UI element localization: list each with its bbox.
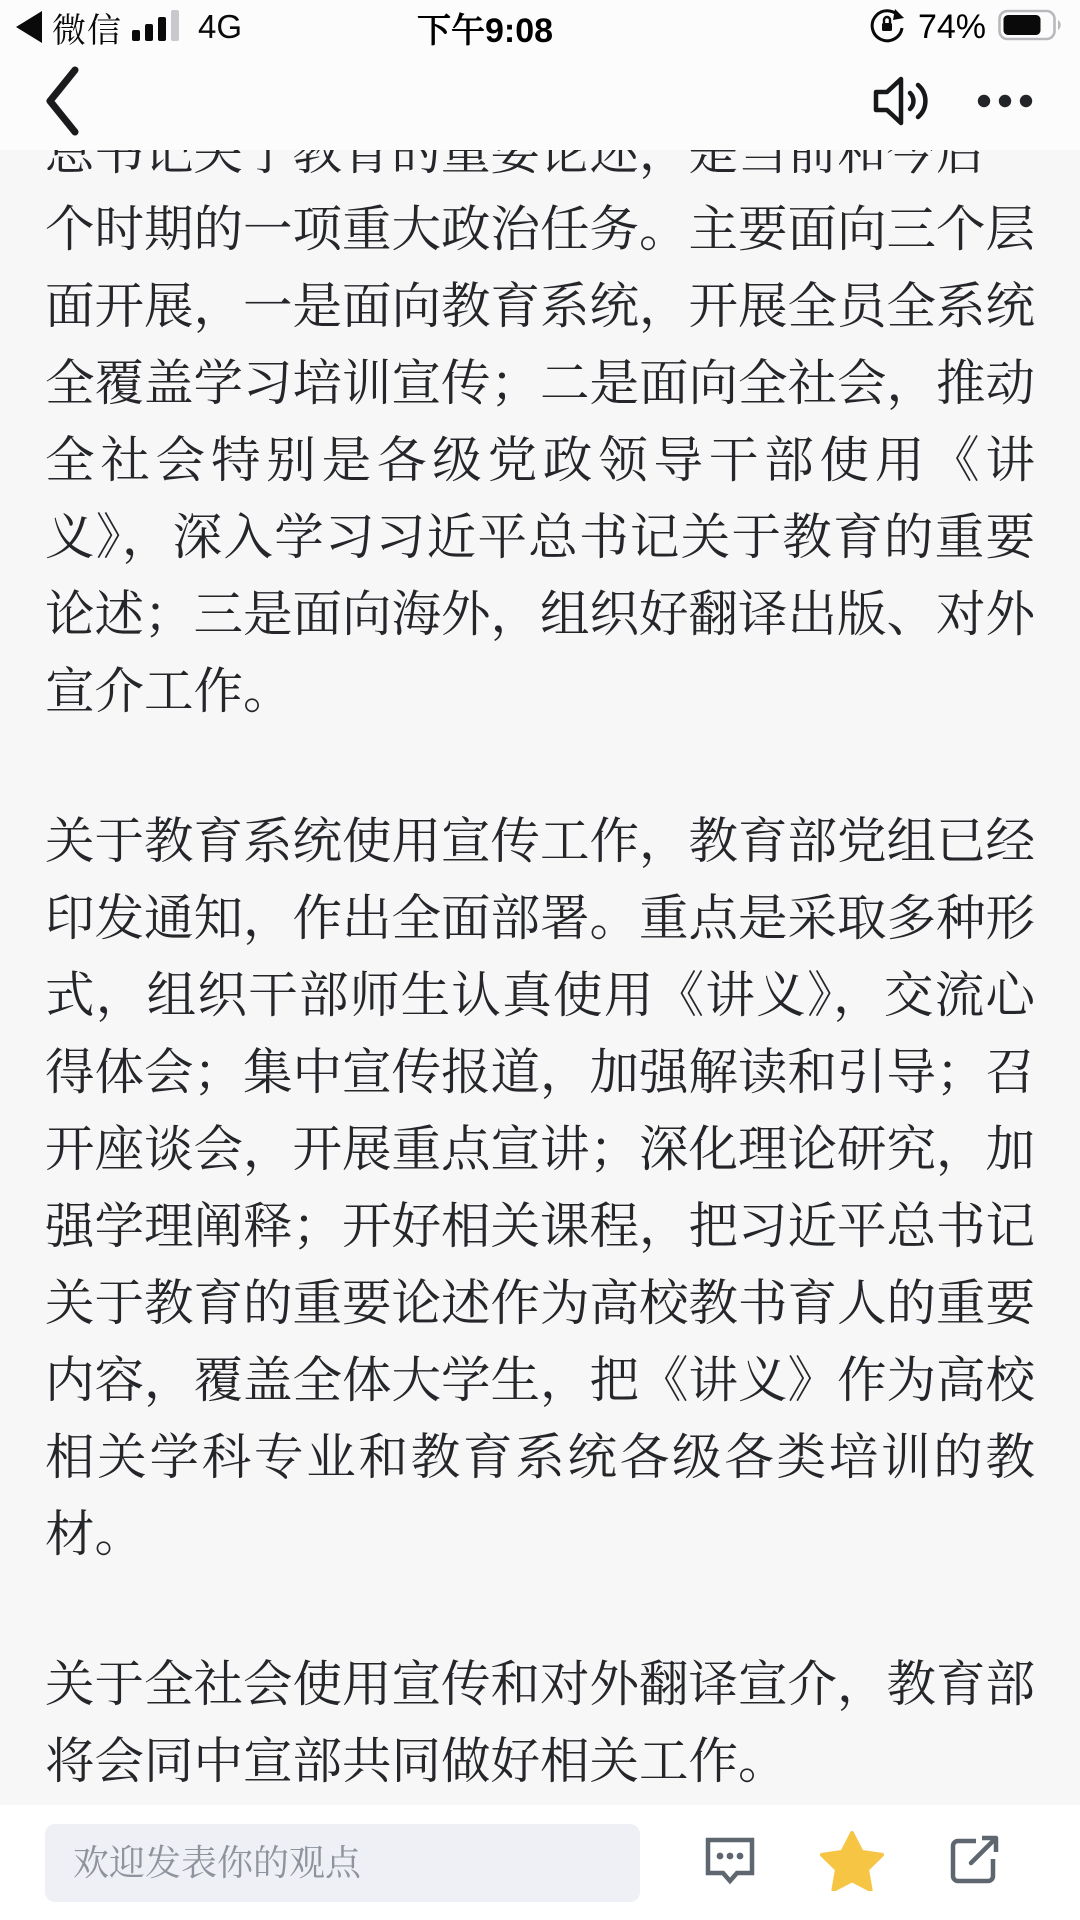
article-paragraph: 关于教育系统使用宣传工作，教育部党组已经印发通知，作出全面部署。重点是采取多种形… (45, 803, 1035, 1573)
star-icon (820, 1831, 884, 1894)
nav-bar (0, 54, 1080, 150)
favorite-button[interactable] (820, 1831, 884, 1894)
comments-button[interactable] (702, 1835, 758, 1890)
clock: 下午9:08 (0, 0, 970, 54)
comment-input[interactable] (45, 1824, 640, 1902)
read-aloud-button[interactable] (872, 73, 934, 132)
ellipsis-icon (976, 94, 1034, 111)
rotation-lock-icon (868, 6, 906, 49)
battery-percent-label: 74% (918, 8, 986, 47)
back-button[interactable] (42, 65, 82, 140)
article-body: 总书记关于教育的重要论述，是当前和今后一个时期的一项重大政治任务。主要面向三个层… (0, 150, 1080, 1805)
share-button[interactable] (946, 1833, 1002, 1892)
status-bar: 微信 4G 下午9:08 74% (0, 0, 1080, 54)
chevron-left-icon (42, 65, 82, 140)
share-icon (946, 1833, 1002, 1892)
article-paragraph: 关于全社会使用宣传和对外翻译宣介，教育部将会同中宣部共同做好相关工作。 (45, 1646, 1035, 1800)
battery-icon (998, 8, 1064, 47)
more-button[interactable] (976, 94, 1034, 111)
comment-bubble-icon (702, 1835, 758, 1890)
comment-bar (0, 1805, 1080, 1920)
speaker-icon (872, 73, 934, 132)
article-paragraph: 总书记关于教育的重要论述，是当前和今后一个时期的一项重大政治任务。主要面向三个层… (45, 150, 1035, 730)
